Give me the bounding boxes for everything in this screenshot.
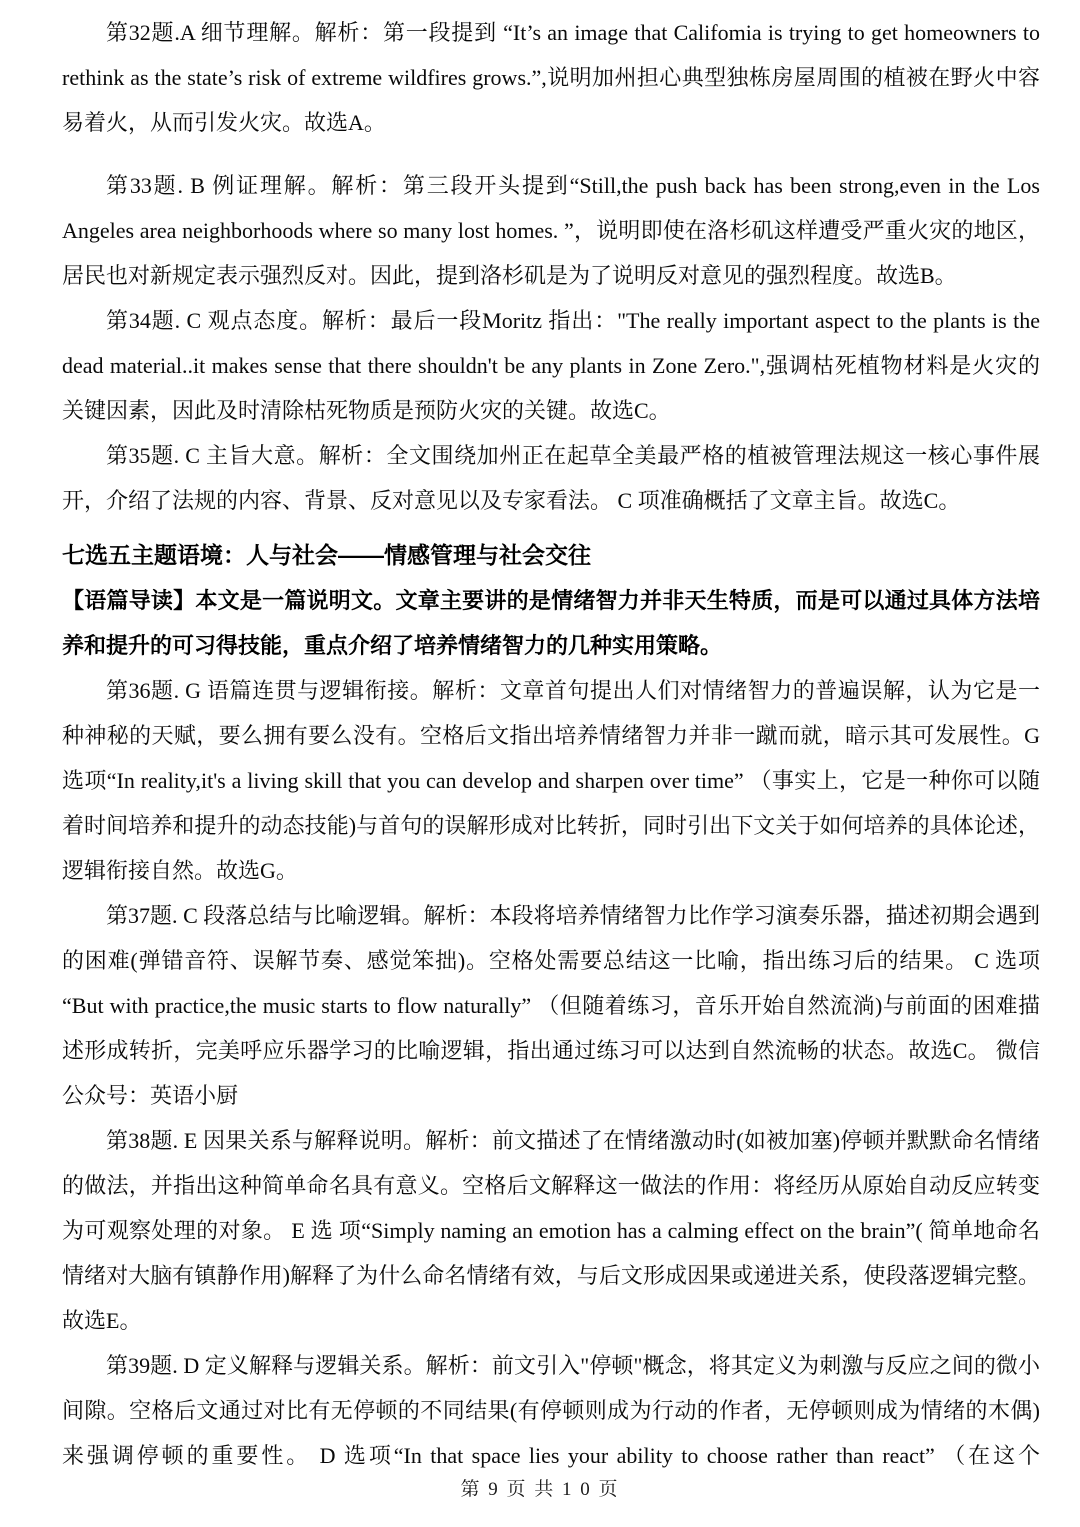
section-heading-cloze: 七选五主题语境：人与社会——情感管理与社会交往 — [62, 533, 1040, 578]
answer-explanation-q33: 第33题. B 例证理解。解析：第三段开头提到“Still,the push b… — [62, 163, 1040, 298]
answer-explanation-q36: 第36题. G 语篇连贯与逻辑衔接。解析：文章首句提出人们对情绪智力的普遍误解，… — [62, 668, 1040, 893]
answer-explanation-q34: 第34题. C 观点态度。解析：最后一段Moritz 指出："The reall… — [62, 298, 1040, 433]
answer-explanation-q37: 第37题. C 段落总结与比喻逻辑。解析：本段将培养情绪智力比作学习演奏乐器，描… — [62, 893, 1040, 1118]
passage-introduction: 【语篇导读】本文是一篇说明文。文章主要讲的是情绪智力并非天生特质，而是可以通过具… — [62, 578, 1040, 668]
document-viewport: { "content": { "paragraphs": [ { "id": "… — [0, 0, 1080, 1527]
answer-explanation-q32: 第32题.A 细节理解。解析：第一段提到 “It’s an image that… — [62, 10, 1040, 145]
page-number: 第 9 页 共 1 0 页 — [0, 1474, 1080, 1501]
answer-explanation-q35: 第35题. C 主旨大意。解析：全文围绕加州正在起草全美最严格的植被管理法规这一… — [62, 433, 1040, 523]
document-page: 第32题.A 细节理解。解析：第一段提到 “It’s an image that… — [0, 0, 1080, 1478]
answer-explanation-q39: 第39题. D 定义解释与逻辑关系。解析：前文引入"停顿"概念，将其定义为刺激与… — [62, 1343, 1040, 1478]
answer-explanation-q38: 第38题. E 因果关系与解释说明。解析：前文描述了在情绪激动时(如被加塞)停顿… — [62, 1118, 1040, 1343]
